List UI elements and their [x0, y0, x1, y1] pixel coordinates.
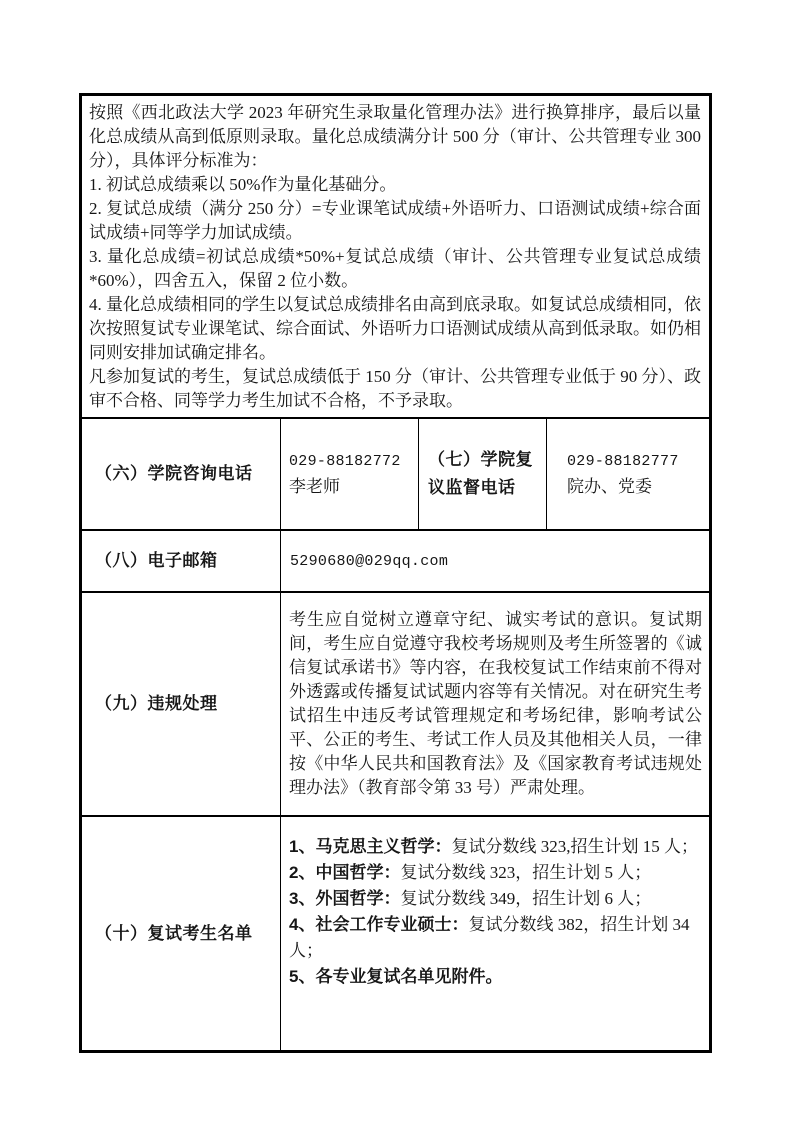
candidate-list-item: 2、中国哲学：复试分数线 323，招生计划 5 人；	[289, 860, 703, 886]
candidate-list-item: 5、各专业复试名单见附件。	[289, 964, 703, 990]
scoring-rules-paragraph: 3. 量化总成绩=初试总成绩*50%+复试总成绩（审计、公共管理专业复试总成绩*…	[89, 245, 701, 293]
candidate-item-major: 5、各专业复试名单见附件。	[289, 967, 502, 986]
review-phone-cell: 029-88182777 院办、党委	[547, 418, 711, 530]
candidate-list-item: 1、马克思主义哲学：复试分数线 323,招生计划 15 人；	[289, 834, 703, 860]
document-page: 按照《西北政法大学 2023 年研究生录取量化管理办法》进行换算排序，最后以量化…	[0, 0, 793, 1122]
email-label: （八）电子邮箱	[81, 530, 281, 592]
violation-label: （九）违规处理	[81, 592, 281, 816]
row-violation-handling: （九）违规处理 考生应自觉树立遵章守纪、诚实考试的意识。复试期间，考生应自觉遵守…	[81, 592, 711, 816]
row-scoring-rules: 按照《西北政法大学 2023 年研究生录取量化管理办法》进行换算排序，最后以量化…	[81, 95, 711, 419]
scoring-rules-paragraph: 1. 初试总成绩乘以 50%作为量化基础分。	[89, 173, 701, 197]
consult-phone-cell: 029-88182772 李老师	[281, 418, 419, 530]
candidate-item-detail: 复试分数线 323,招生计划 15 人；	[451, 837, 698, 856]
consult-phone-person: 李老师	[289, 474, 416, 499]
scoring-rules-paragraph: 凡参加复试的考生，复试总成绩低于 150 分（审计、公共管理专业低于 90 分）…	[89, 365, 701, 413]
scoring-rules-paragraph: 按照《西北政法大学 2023 年研究生录取量化管理办法》进行换算排序，最后以量化…	[89, 101, 701, 173]
candidate-item-major: 4、社会工作专业硕士：	[289, 915, 468, 934]
consult-phone-label: （六）学院咨询电话	[81, 418, 281, 530]
review-phone-number: 029-88182777	[567, 449, 707, 474]
row-contact-phones: （六）学院咨询电话 029-88182772 李老师 （七）学院复议监督电话 0…	[81, 418, 711, 530]
review-phone-person: 院办、党委	[567, 474, 707, 499]
email-value: 5290680@029qq.com	[281, 530, 711, 592]
row-email: （八）电子邮箱 5290680@029qq.com	[81, 530, 711, 592]
candidate-item-major: 3、外国哲学：	[289, 889, 400, 908]
candidate-item-major: 2、中国哲学：	[289, 863, 400, 882]
violation-text-cell: 考生应自觉树立遵章守纪、诚实考试的意识。复试期间，考生应自觉遵守我校考场规则及考…	[281, 592, 711, 816]
candidate-list-item: 4、社会工作专业硕士：复试分数线 382，招生计划 34 人；	[289, 912, 703, 964]
violation-text: 考生应自觉树立遵章守纪、诚实考试的意识。复试期间，考生应自觉遵守我校考场规则及考…	[289, 608, 702, 800]
row-candidate-list: （十）复试考生名单 1、马克思主义哲学：复试分数线 323,招生计划 15 人；…	[81, 816, 711, 1052]
candidate-item-detail: 复试分数线 349，招生计划 6 人；	[400, 889, 651, 908]
consult-phone-number: 029-88182772	[289, 449, 416, 474]
scoring-rules-cell: 按照《西北政法大学 2023 年研究生录取量化管理办法》进行换算排序，最后以量化…	[81, 95, 711, 419]
candidates-label: （十）复试考生名单	[81, 816, 281, 1052]
candidate-item-detail: 复试分数线 323，招生计划 5 人；	[400, 863, 651, 882]
candidate-list-item: 3、外国哲学：复试分数线 349，招生计划 6 人；	[289, 886, 703, 912]
candidate-list-cell: 1、马克思主义哲学：复试分数线 323,招生计划 15 人； 2、中国哲学：复试…	[281, 816, 711, 1052]
admission-notice-table: 按照《西北政法大学 2023 年研究生录取量化管理办法》进行换算排序，最后以量化…	[79, 93, 712, 1053]
candidate-item-major: 1、马克思主义哲学：	[289, 837, 451, 856]
scoring-rules-paragraph: 2. 复试总成绩（满分 250 分）=专业课笔试成绩+外语听力、口语测试成绩+综…	[89, 197, 701, 245]
review-phone-label: （七）学院复议监督电话	[419, 418, 547, 530]
scoring-rules-paragraph: 4. 量化总成绩相同的学生以复试总成绩排名由高到底录取。如复试总成绩相同，依次按…	[89, 293, 701, 365]
